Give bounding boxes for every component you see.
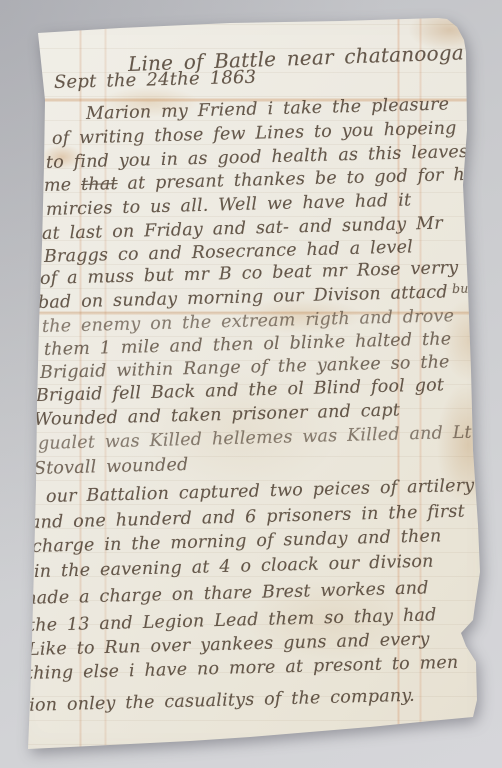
letter-line-pre: me: [44, 175, 72, 196]
letter-paper: Line of Battle near chatanooga Sept the …: [0, 0, 502, 768]
letter-line: made a charge on thare Brest workes and: [20, 578, 429, 609]
letter-heading-line2: Sept the 24the 1863: [54, 67, 257, 93]
letter-line: tion onley the casualitys of the company…: [22, 686, 415, 716]
letter-line: Stovall wounded: [34, 455, 189, 479]
photo-backdrop: Line of Battle near chatanooga Sept the …: [0, 0, 502, 768]
letter-line: in the eavening at 4 o cloack our diviso…: [34, 552, 434, 582]
letter-paper-wrap: Line of Battle near chatanooga Sept the …: [0, 0, 502, 768]
struck-word: that: [81, 174, 118, 195]
inserted-word: but: [452, 280, 474, 296]
